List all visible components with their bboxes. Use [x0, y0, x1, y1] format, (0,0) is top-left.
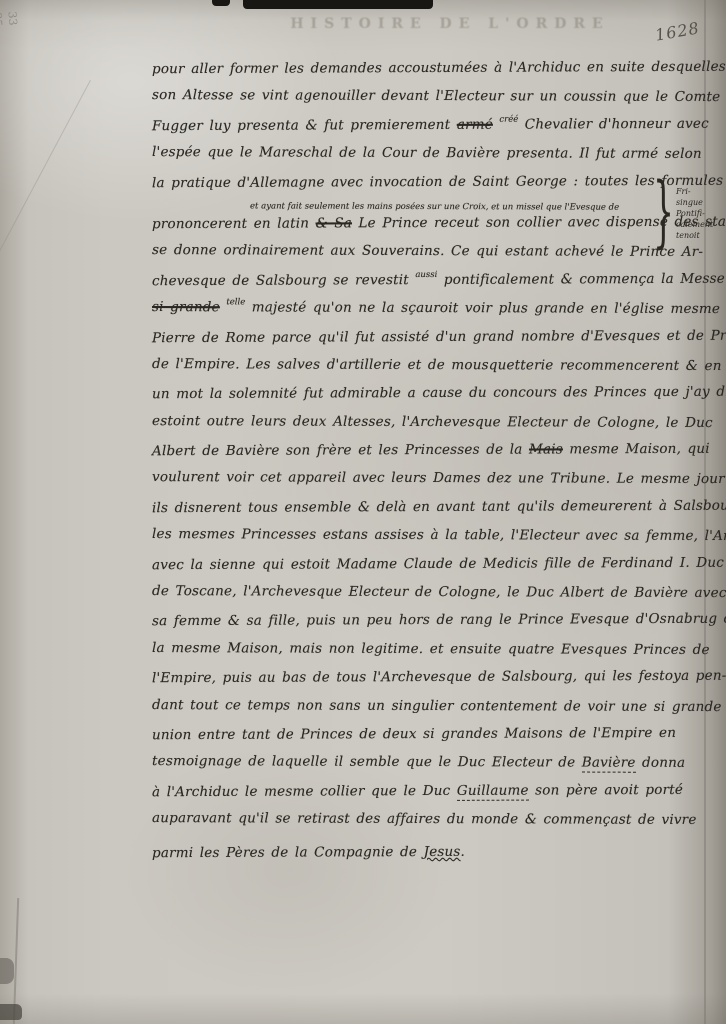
edge-marks: 3335	[0, 11, 20, 27]
manuscript-line: tesmoignage de laquelle il semble que le…	[152, 753, 704, 783]
margin-note-words: Fri-singuePontifi-calementtenoit	[676, 186, 722, 241]
margin-note-word: tenoit	[676, 230, 722, 241]
paper-crease	[0, 80, 91, 310]
manuscript-line: ils disnerent tous ensemble & delà en av…	[152, 498, 704, 529]
margin-note-word: calement	[676, 219, 722, 230]
manuscript-page-scan: HISTOIRE DE L'ORDRE 1628 3335 pour aller…	[0, 0, 726, 1024]
manuscript-line: la mesme Maison, mais non legitime. et e…	[152, 640, 704, 670]
manuscript-line: de l'Empire. Les salves d'artillerie et …	[152, 356, 704, 386]
manuscript-line: son Altesse se vint agenouiller devant l…	[152, 87, 704, 117]
scan-edge-artifact	[212, 0, 230, 6]
edge-mark: 33	[5, 11, 21, 26]
manuscript-line: à l'Archiduc le mesme collier que le Duc…	[152, 782, 704, 813]
scan-edge-artifact	[243, 0, 433, 9]
folio-number: 1628	[654, 18, 701, 44]
manuscript-line: la pratique d'Allemagne avec invocation …	[152, 172, 704, 203]
manuscript-line: l'Empire, puis au bas de tous l'Archeves…	[152, 668, 704, 699]
manuscript-line: Albert de Bavière son frère et les Princ…	[152, 441, 704, 472]
manuscript-line: se donne ordinairement aux Souverains. C…	[152, 242, 704, 272]
brace-icon: }	[653, 168, 674, 259]
bleedthrough-header: HISTOIRE DE L'ORDRE	[290, 16, 610, 32]
manuscript-line: si grande telle majesté qu'on ne la sçau…	[152, 299, 704, 329]
margin-note-word: Fri-	[676, 186, 722, 197]
ink-stain	[0, 958, 14, 984]
margin-note-word: singue	[676, 197, 722, 208]
manuscript-line: auparavant qu'il se retirast des affaire…	[152, 810, 704, 840]
manuscript-line: prononcerent en latin & Sa Le Prince rec…	[152, 214, 704, 245]
manuscript-line: les mesmes Princesses estans assises à l…	[152, 526, 704, 556]
margin-note-word: Pontifi-	[676, 208, 722, 219]
manuscript-line: sa femme & sa fille, puis un peu hors de…	[152, 611, 704, 642]
manuscript-line: voulurent voir cet appareil avec leurs D…	[152, 470, 704, 500]
manuscript-line: un mot la solemnité fut admirable a caus…	[152, 384, 704, 415]
manuscript-line: Pierre de Rome parce qu'il fut assisté d…	[152, 327, 704, 358]
edge-mark: 35	[0, 12, 5, 27]
manuscript-line: dant tout ce temps non sans un singulier…	[152, 697, 704, 727]
manuscript-line: de Toscane, l'Archevesque Electeur de Co…	[152, 583, 704, 613]
manuscript-line: Fugger luy presenta & fut premierement a…	[152, 116, 704, 147]
manuscript-line: avec la sienne qui estoit Madame Claude …	[152, 554, 704, 585]
manuscript-line: pour aller former les demandes accoustum…	[152, 59, 704, 90]
ink-stain	[0, 1004, 22, 1020]
manuscript-line: estoint outre leurs deux Altesses, l'Arc…	[152, 413, 704, 443]
manuscript-text-block: pour aller former les demandes accoustum…	[152, 60, 704, 872]
manuscript-line: union entre tant de Princes de deux si g…	[152, 725, 704, 756]
manuscript-line: parmi les Pères de la Compagnie de Jesus…	[152, 842, 704, 873]
manuscript-line: l'espée que le Mareschal de la Cour de B…	[152, 144, 704, 174]
margin-note: } Fri-singuePontifi-calementtenoit	[654, 186, 722, 241]
